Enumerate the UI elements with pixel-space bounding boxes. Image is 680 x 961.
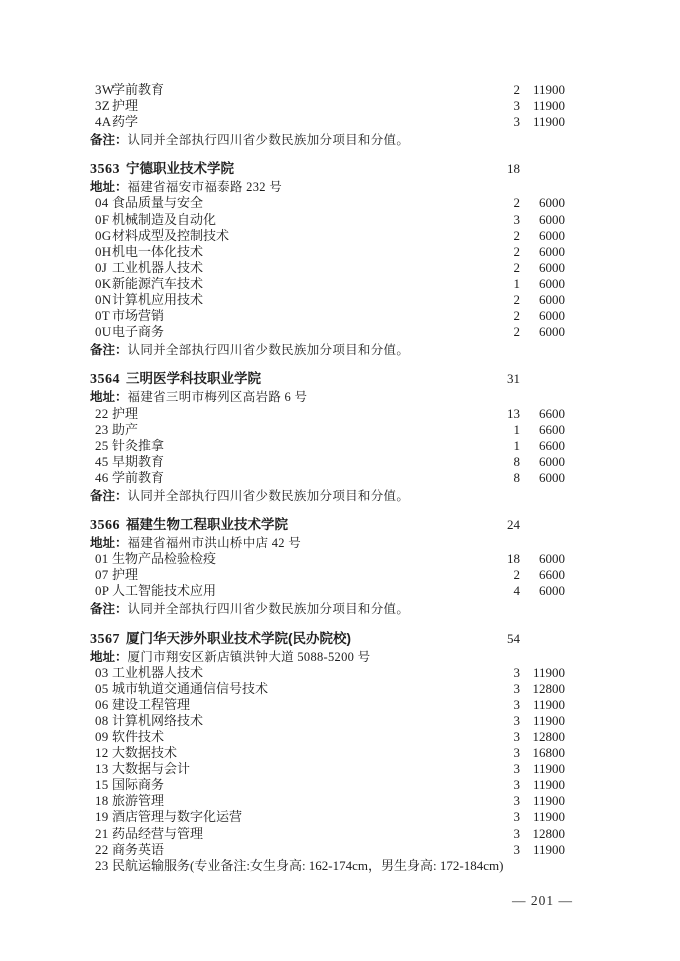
college-header: 3563 宁德职业技术学院 18 — [90, 159, 565, 179]
address-value: 福建省三明市梅列区高岩路 6 号 — [128, 390, 308, 404]
major-row: 19 酒店管理与数字化运营 3 11900 — [90, 809, 565, 825]
major-row: 46 学前教育 8 6000 — [90, 470, 565, 486]
major-row: 08 计算机网络技术 3 11900 — [90, 713, 565, 729]
major-quota: 4 — [490, 583, 520, 599]
major-name: 大数据技术 — [112, 745, 490, 761]
college-header: 3566 福建生物工程职业技术学院 24 — [90, 515, 565, 535]
major-quota: 2 — [490, 292, 520, 308]
major-fee: 6000 — [520, 454, 565, 470]
major-row: 01 生物产品检验检疫 18 6000 — [90, 551, 565, 567]
major-fee: 11900 — [520, 82, 565, 98]
major-name: 机电一体化技术 — [112, 244, 490, 260]
page-content: 3W 学前教育 2 11900 3Z 护理 3 11900 4A 药学 3 11… — [90, 0, 565, 874]
major-fee: 6000 — [520, 583, 565, 599]
major-quota: 1 — [490, 422, 520, 438]
major-code: 08 — [95, 713, 112, 729]
college-section: 3563 宁德职业技术学院 18 地址：福建省福安市福泰路 232 号 04 食… — [90, 159, 565, 358]
major-row: 0F 机械制造及自动化 3 6000 — [90, 212, 565, 228]
major-name: 计算机网络技术 — [112, 713, 490, 729]
major-quota — [503, 858, 533, 874]
major-fee: 6600 — [520, 406, 565, 422]
major-fee: 6600 — [520, 567, 565, 583]
major-name: 护理 — [112, 406, 490, 422]
address-value: 福建省福州市洪山桥中店 42 号 — [128, 536, 302, 550]
major-code: 13 — [95, 761, 112, 777]
major-quota: 8 — [490, 470, 520, 486]
major-fee: 11900 — [520, 697, 565, 713]
major-name: 市场营销 — [112, 308, 490, 324]
major-fee: 11900 — [520, 713, 565, 729]
major-name: 材料成型及控制技术 — [112, 228, 490, 244]
major-name: 商务英语 — [112, 842, 490, 858]
address-label: 地址： — [90, 536, 128, 550]
major-quota: 3 — [490, 809, 520, 825]
college-code: 3567 — [90, 630, 120, 649]
major-name: 电子商务 — [112, 324, 490, 340]
college-total: 24 — [490, 515, 520, 534]
major-fee: 6000 — [520, 276, 565, 292]
remark-line: 备注：认同并全部执行四川省少数民族加分项目和分值。 — [90, 132, 565, 148]
major-row: 06 建设工程管理 3 11900 — [90, 697, 565, 713]
major-row: 25 针灸推拿 1 6600 — [90, 438, 565, 454]
major-code: 01 — [95, 551, 112, 567]
major-fee: 11900 — [520, 98, 565, 114]
major-fee: 6600 — [520, 438, 565, 454]
major-name: 计算机应用技术 — [112, 292, 490, 308]
major-quota: 2 — [490, 82, 520, 98]
major-name: 城市轨道交通通信信号技术 — [112, 681, 490, 697]
major-code: 0U — [95, 324, 112, 340]
major-fee: 11900 — [520, 793, 565, 809]
major-name: 早期教育 — [112, 454, 490, 470]
college-address: 地址：福建省三明市梅列区高岩路 6 号 — [90, 389, 565, 405]
major-fee: 6000 — [520, 470, 565, 486]
major-code: 0J — [95, 260, 112, 276]
major-code: 06 — [95, 697, 112, 713]
major-quota: 3 — [490, 826, 520, 842]
major-row: 07 护理 2 6600 — [90, 567, 565, 583]
major-quota: 3 — [490, 745, 520, 761]
major-quota: 3 — [490, 777, 520, 793]
college-header: 3567 厦门华天涉外职业技术学院(民办院校) 54 — [90, 629, 565, 649]
major-row: 13 大数据与会计 3 11900 — [90, 761, 565, 777]
college-total: 18 — [490, 159, 520, 178]
major-quota: 1 — [490, 438, 520, 454]
major-code: 4A — [95, 114, 112, 130]
major-fee: 6000 — [520, 260, 565, 276]
major-name: 酒店管理与数字化运营 — [112, 809, 490, 825]
remark-text: 认同并全部执行四川省少数民族加分项目和分值。 — [128, 133, 410, 147]
major-fee: 6000 — [520, 212, 565, 228]
major-name: 民航运输服务(专业备注:女生身高: 162-174cm，男生身高: 172-18… — [112, 858, 503, 874]
major-fee: 6000 — [520, 228, 565, 244]
address-label: 地址： — [90, 650, 128, 664]
major-quota: 3 — [490, 793, 520, 809]
address-label: 地址： — [90, 180, 128, 194]
major-row: 12 大数据技术 3 16800 — [90, 745, 565, 761]
major-row: 09 软件技术 3 12800 — [90, 729, 565, 745]
address-value: 福建省福安市福泰路 232 号 — [128, 180, 283, 194]
major-fee: 6000 — [520, 324, 565, 340]
major-code: 0F — [95, 212, 112, 228]
remark-label: 备注： — [90, 133, 128, 147]
major-row: 0H 机电一体化技术 2 6000 — [90, 244, 565, 260]
major-code: 22 — [95, 406, 112, 422]
major-row: 4A 药学 3 11900 — [90, 114, 565, 130]
remark-text: 认同并全部执行四川省少数民族加分项目和分值。 — [128, 343, 410, 357]
major-fee: 6000 — [520, 551, 565, 567]
document-page: 3W 学前教育 2 11900 3Z 护理 3 11900 4A 药学 3 11… — [0, 0, 680, 961]
college-section: 3567 厦门华天涉外职业技术学院(民办院校) 54 地址：厦门市翔安区新店镇洪… — [90, 629, 565, 874]
major-code: 09 — [95, 729, 112, 745]
major-name: 助产 — [112, 422, 490, 438]
major-quota: 2 — [490, 195, 520, 211]
major-name: 药学 — [112, 114, 490, 130]
major-row: 23 助产 1 6600 — [90, 422, 565, 438]
major-quota: 1 — [490, 276, 520, 292]
college-total: 31 — [490, 369, 520, 388]
remark-label: 备注： — [90, 602, 128, 616]
major-quota: 3 — [490, 114, 520, 130]
major-quota: 2 — [490, 244, 520, 260]
major-fee: 6000 — [520, 292, 565, 308]
remark-text: 认同并全部执行四川省少数民族加分项目和分值。 — [128, 489, 410, 503]
major-code: 21 — [95, 826, 112, 842]
major-fee: 6600 — [520, 422, 565, 438]
college-section: 3566 福建生物工程职业技术学院 24 地址：福建省福州市洪山桥中店 42 号… — [90, 515, 565, 617]
major-name: 护理 — [112, 567, 490, 583]
major-code: 23 — [95, 858, 112, 874]
major-quota: 3 — [490, 665, 520, 681]
college-section: 3564 三明医学科技职业学院 31 地址：福建省三明市梅列区高岩路 6 号 2… — [90, 369, 565, 504]
major-row: 0K 新能源汽车技术 1 6000 — [90, 276, 565, 292]
major-row: 22 护理 13 6600 — [90, 406, 565, 422]
college-address: 地址：福建省福州市洪山桥中店 42 号 — [90, 535, 565, 551]
major-row: 45 早期教育 8 6000 — [90, 454, 565, 470]
major-fee: 6000 — [520, 244, 565, 260]
major-code: 0N — [95, 292, 112, 308]
remark-text: 认同并全部执行四川省少数民族加分项目和分值。 — [128, 602, 410, 616]
major-name: 学前教育 — [112, 470, 490, 486]
major-name: 人工智能技术应用 — [112, 583, 490, 599]
major-row: 22 商务英语 3 11900 — [90, 842, 565, 858]
major-code: 45 — [95, 454, 112, 470]
major-quota: 3 — [490, 842, 520, 858]
major-row: 0N 计算机应用技术 2 6000 — [90, 292, 565, 308]
major-code: 18 — [95, 793, 112, 809]
major-code: 0K — [95, 276, 112, 292]
major-fee: 11900 — [520, 665, 565, 681]
major-quota: 3 — [490, 761, 520, 777]
major-fee: 12800 — [520, 826, 565, 842]
remark-label: 备注： — [90, 489, 128, 503]
major-code: 12 — [95, 745, 112, 761]
page-number: — 201 — — [500, 893, 585, 909]
major-code: 04 — [95, 195, 112, 211]
major-name: 新能源汽车技术 — [112, 276, 490, 292]
major-code: 19 — [95, 809, 112, 825]
major-name: 软件技术 — [112, 729, 490, 745]
major-name: 旅游管理 — [112, 793, 490, 809]
remark-line: 备注：认同并全部执行四川省少数民族加分项目和分值。 — [90, 601, 565, 617]
remark-line: 备注：认同并全部执行四川省少数民族加分项目和分值。 — [90, 488, 565, 504]
college-name: 宁德职业技术学院 — [126, 159, 490, 178]
major-name: 机械制造及自动化 — [112, 212, 490, 228]
major-row: 3W 学前教育 2 11900 — [90, 82, 565, 98]
major-quota: 2 — [490, 308, 520, 324]
address-value: 厦门市翔安区新店镇洪钟大道 5088-5200 号 — [128, 650, 371, 664]
major-row: 04 食品质量与安全 2 6000 — [90, 195, 565, 211]
major-row: 23 民航运输服务(专业备注:女生身高: 162-174cm，男生身高: 172… — [90, 858, 565, 874]
major-quota: 3 — [490, 697, 520, 713]
major-name: 生物产品检验检疫 — [112, 551, 490, 567]
major-quota: 3 — [490, 98, 520, 114]
major-name: 学前教育 — [112, 82, 490, 98]
major-fee: 6000 — [520, 308, 565, 324]
major-name: 大数据与会计 — [112, 761, 490, 777]
major-quota: 2 — [490, 228, 520, 244]
major-code: 05 — [95, 681, 112, 697]
major-code: 03 — [95, 665, 112, 681]
major-fee: 11900 — [520, 842, 565, 858]
major-name: 护理 — [112, 98, 490, 114]
major-code: 0T — [95, 308, 112, 324]
major-row: 15 国际商务 3 11900 — [90, 777, 565, 793]
major-row: 0T 市场营销 2 6000 — [90, 308, 565, 324]
major-quota: 3 — [490, 681, 520, 697]
college-name: 厦门华天涉外职业技术学院(民办院校) — [126, 629, 490, 648]
major-quota: 13 — [490, 406, 520, 422]
major-code: 23 — [95, 422, 112, 438]
college-header: 3564 三明医学科技职业学院 31 — [90, 369, 565, 389]
major-code: 15 — [95, 777, 112, 793]
address-label: 地址： — [90, 390, 128, 404]
college-name: 三明医学科技职业学院 — [126, 369, 490, 388]
major-fee: 16800 — [520, 745, 565, 761]
major-quota: 3 — [490, 713, 520, 729]
major-fee: 11900 — [520, 114, 565, 130]
college-code: 3563 — [90, 160, 120, 179]
college-total: 54 — [490, 629, 520, 648]
major-fee: 11900 — [520, 761, 565, 777]
major-code: 0P — [95, 583, 112, 599]
major-row: 05 城市轨道交通通信信号技术 3 12800 — [90, 681, 565, 697]
major-code: 07 — [95, 567, 112, 583]
major-name: 工业机器人技术 — [112, 665, 490, 681]
major-code: 3W — [95, 82, 112, 98]
major-quota: 2 — [490, 324, 520, 340]
major-row: 0U 电子商务 2 6000 — [90, 324, 565, 340]
major-row: 21 药品经营与管理 3 12800 — [90, 826, 565, 842]
college-name: 福建生物工程职业技术学院 — [126, 515, 490, 534]
major-fee: 12800 — [520, 681, 565, 697]
major-row: 3Z 护理 3 11900 — [90, 98, 565, 114]
major-code: 22 — [95, 842, 112, 858]
major-name: 药品经营与管理 — [112, 826, 490, 842]
major-name: 国际商务 — [112, 777, 490, 793]
major-row: 03 工业机器人技术 3 11900 — [90, 665, 565, 681]
college-address: 地址：厦门市翔安区新店镇洪钟大道 5088-5200 号 — [90, 649, 565, 665]
major-fee: 6000 — [520, 195, 565, 211]
major-quota: 18 — [490, 551, 520, 567]
major-name: 工业机器人技术 — [112, 260, 490, 276]
major-quota: 3 — [490, 729, 520, 745]
major-code: 3Z — [95, 98, 112, 114]
major-quota: 2 — [490, 567, 520, 583]
major-code: 0G — [95, 228, 112, 244]
major-quota: 3 — [490, 212, 520, 228]
major-code: 46 — [95, 470, 112, 486]
college-code: 3564 — [90, 370, 120, 389]
major-row: 18 旅游管理 3 11900 — [90, 793, 565, 809]
college-address: 地址：福建省福安市福泰路 232 号 — [90, 179, 565, 195]
major-row: 0P 人工智能技术应用 4 6000 — [90, 583, 565, 599]
major-code: 0H — [95, 244, 112, 260]
major-name: 食品质量与安全 — [112, 195, 490, 211]
major-row: 0G 材料成型及控制技术 2 6000 — [90, 228, 565, 244]
major-row: 0J 工业机器人技术 2 6000 — [90, 260, 565, 276]
remark-label: 备注： — [90, 343, 128, 357]
college-section: 3W 学前教育 2 11900 3Z 护理 3 11900 4A 药学 3 11… — [90, 82, 565, 148]
major-fee: 12800 — [520, 729, 565, 745]
major-quota: 8 — [490, 454, 520, 470]
major-code: 25 — [95, 438, 112, 454]
major-name: 建设工程管理 — [112, 697, 490, 713]
major-fee — [533, 858, 578, 874]
college-code: 3566 — [90, 516, 120, 535]
major-quota: 2 — [490, 260, 520, 276]
major-fee: 11900 — [520, 809, 565, 825]
remark-line: 备注：认同并全部执行四川省少数民族加分项目和分值。 — [90, 342, 565, 358]
major-name: 针灸推拿 — [112, 438, 490, 454]
major-fee: 11900 — [520, 777, 565, 793]
